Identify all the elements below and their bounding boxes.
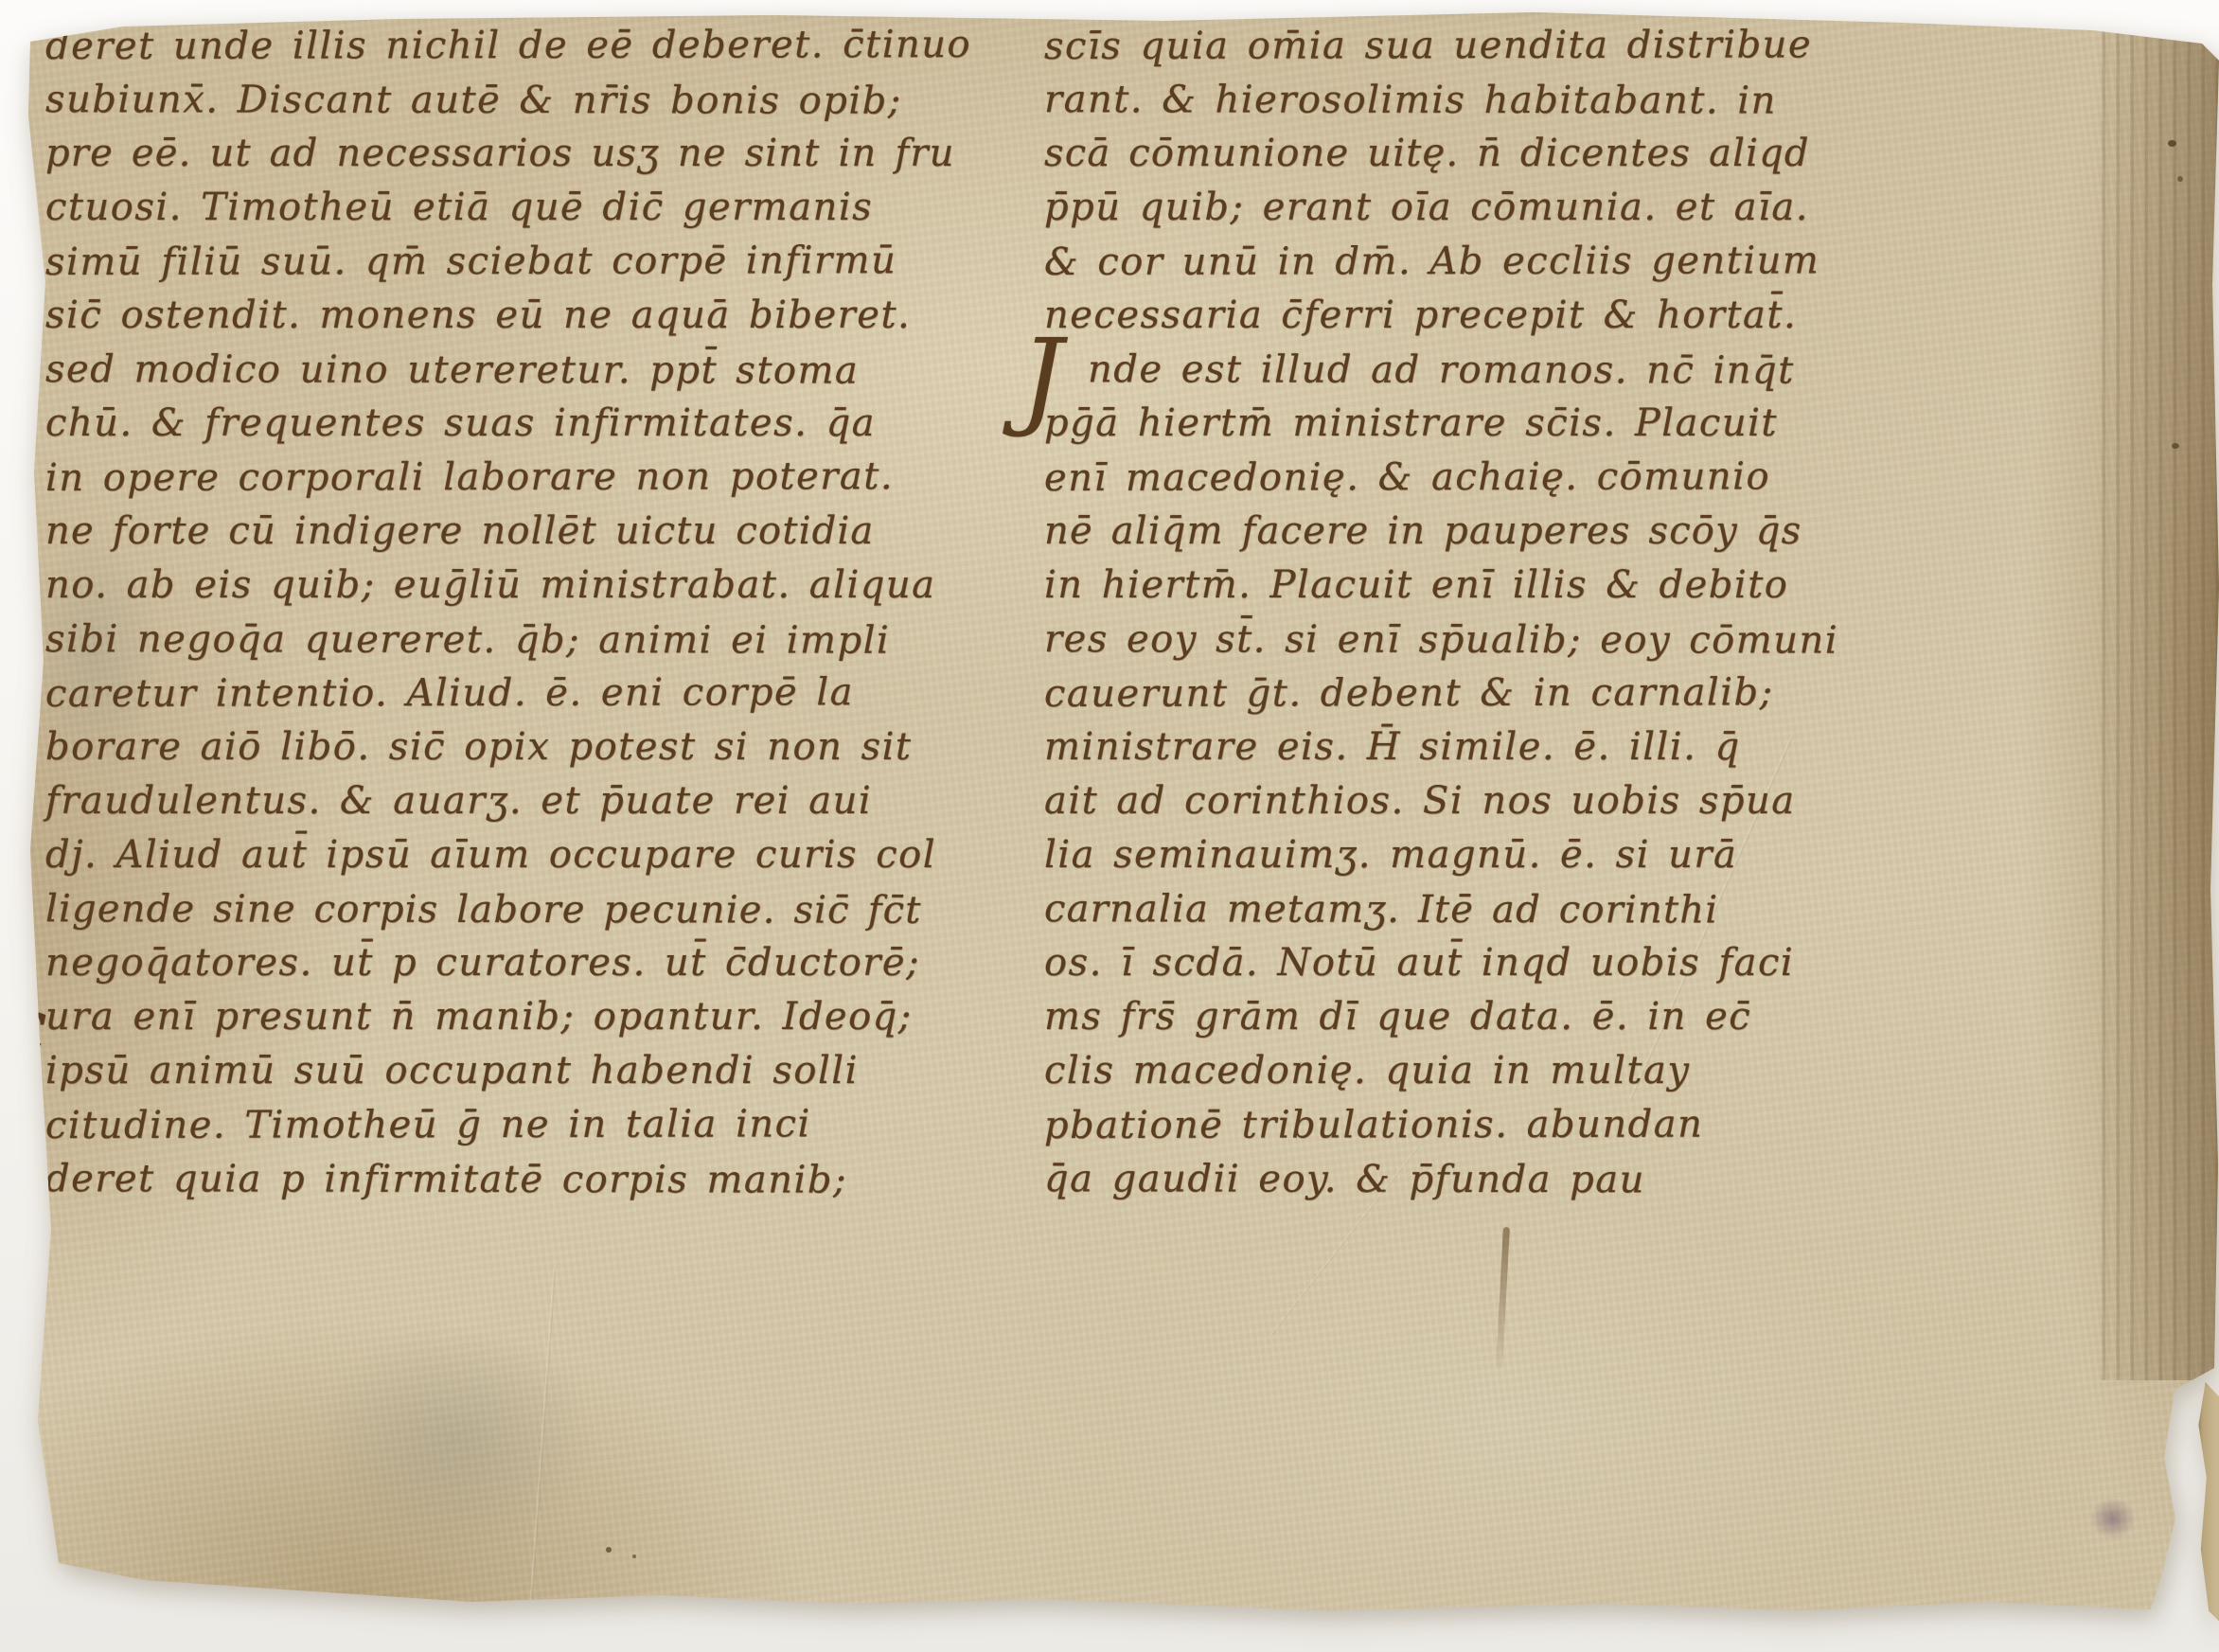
manuscript-text-line: subiunx̄. Discant autē & nr̄is bonis opi…: [45, 73, 992, 129]
manuscript-text-line: negoq̄atores. ut̄ p curatores. ut̄ c̄duc…: [45, 936, 992, 990]
manuscript-text-line: ne forte cū indigere nollēt uictu cotidi…: [45, 505, 992, 559]
manuscript-text-line: fraudulentus. & auarʒ. et p̄uate rei aui: [45, 774, 992, 828]
manuscript-text-line: dj. Aliud aut̄ ipsū aīum occupare curis …: [45, 828, 992, 882]
manuscript-text-line: ctuosi. Timotheū etiā quē dic̄ germanis: [45, 181, 992, 235]
parchment-leaf: deret unde illis nichil de eē deberet. c…: [0, 0, 2219, 1652]
right-edge-streaks: [2096, 17, 2219, 1380]
manuscript-text-line: scīs quia om̄ia sua uendita distribue: [1044, 18, 1972, 74]
manuscript-text-line: no. ab eis quib; euḡliū ministrabat. ali…: [45, 559, 992, 613]
manuscript-text-line: clis macedonię. quia in multay: [1044, 1044, 1972, 1098]
manuscript-text-line: scā cōmunione uitę. n̄ dicentes aliqd: [1044, 127, 1972, 181]
manuscript-text-line: ait ad corinthios. Si nos uobis sp̄ua: [1044, 774, 1972, 828]
ink-speck: [606, 1547, 612, 1553]
manuscript-text-line: simū filiū suū. qm̄ sciebat corpē infirm…: [45, 234, 992, 290]
manuscript-text-line: os. ī scdā. Notū aut̄ inqd uobis faci: [1044, 936, 1972, 990]
marginal-initial-j: J: [1021, 326, 1063, 432]
manuscript-text-line: citudine. Timotheū ḡ ne in talia inci: [45, 1097, 992, 1153]
manuscript-text-line: sibi negoq̄a quereret. q̄b; animi ei imp…: [45, 613, 992, 668]
manuscript-text-line: nē aliq̄m facere in pauperes scōy q̄s: [1044, 505, 1972, 559]
edge-speck: [2177, 176, 2183, 182]
manuscript-text-line: pre eē. ut ad necessarios usʒ ne sint in…: [45, 127, 992, 181]
manuscript-text-line: ms frs̄ grām dī que data. ē. in ec̄: [1044, 990, 1972, 1044]
faded-descender-mark: [1496, 1227, 1510, 1369]
manuscript-text-line: cauerunt ḡt. debent & in carnalib;: [1044, 666, 1972, 721]
manuscript-text-line: borare aiō libō. sic̄ opix potest si non…: [45, 720, 992, 774]
manuscript-text-line: ura enī presunt n̄ manib; opantur. Ideoq…: [45, 990, 992, 1044]
manuscript-text-line: in opere corporali laborare non poterat.: [45, 450, 992, 506]
manuscript-text-line: lia seminauimʒ. magnū. ē. si urā: [1044, 828, 1972, 882]
manuscript-text-line: rant. & hierosolimis habitabant. in: [1044, 73, 1972, 129]
manuscript-text-line: pbationē tribulationis. abundan: [1044, 1097, 1972, 1153]
manuscript-text-line: ipsū animū suū occupant habendi solli: [45, 1044, 992, 1098]
edge-speck: [2168, 140, 2176, 147]
manuscript-text-line: pḡā hiertm̄ ministrare sc̄is. Placuit: [1044, 397, 1972, 451]
manuscript-text-line: sic̄ ostendit. monens eū ne aquā biberet…: [45, 289, 992, 343]
manuscript-text-line: caretur intentio. Aliud. ē. eni corpē la: [45, 666, 992, 721]
manuscript-text-line: p̄pū quib; erant oīa cōmunia. et aīa.: [1044, 181, 1972, 235]
manuscript-text-line: chū. & frequentes suas infirmitates. q̄a: [45, 397, 992, 451]
manuscript-text-line: carnalia metamʒ. Itē ad corinthi: [1044, 882, 1972, 938]
ink-speck: [632, 1554, 636, 1558]
manuscript-text-line: ligende sine corpis labore pecunie. sic̄…: [45, 882, 992, 938]
manuscript-text-line: ministrare eis. H̄ simile. ē. illi. q̄: [1044, 720, 1972, 774]
manuscript-text-line: nde est illud ad romanos. nc̄ inq̄t: [1044, 343, 1972, 399]
torn-edge-sliver: [2196, 1382, 2219, 1621]
manuscript-text-line: & cor unū in dm̄. Ab eccliis gentium: [1044, 234, 1972, 290]
edge-speck: [2172, 443, 2179, 449]
parchment-leaf-wrapper: deret unde illis nichil de eē deberet. c…: [0, 0, 2219, 1652]
text-column-left: deret unde illis nichil de eē deberet. c…: [45, 19, 992, 1206]
marginal-initial-c: C: [2, 1005, 46, 1064]
manuscript-text-line: in hiertm̄. Placuit enī illis & debito: [1044, 559, 1972, 613]
manuscript-text-line: enī macedonię. & achaię. cōmunio: [1044, 450, 1972, 506]
stain-dot-purple: [2090, 1498, 2136, 1539]
manuscript-text-line: deret quia p infirmitatē corpis manib;: [45, 1152, 992, 1208]
scanner-background: deret unde illis nichil de eē deberet. c…: [0, 0, 2219, 1652]
stain-smudge-grey: [312, 1325, 596, 1553]
manuscript-text-line: deret unde illis nichil de eē deberet. c…: [45, 18, 992, 74]
text-column-right: scīs quia om̄ia sua uendita distribueran…: [1044, 19, 1972, 1206]
manuscript-text-line: necessaria c̄ferri precepit & hortat̄.: [1044, 289, 1972, 343]
manuscript-text-line: res eoy st̄. si enī sp̄ualib; eoy cōmuni: [1044, 613, 1972, 668]
crease-line: [530, 1269, 556, 1599]
manuscript-text-line: q̄a gaudii eoy. & p̄funda pau: [1044, 1152, 1972, 1208]
manuscript-text-line: sed modico uino utereretur. ppt̄ stoma: [45, 343, 992, 399]
